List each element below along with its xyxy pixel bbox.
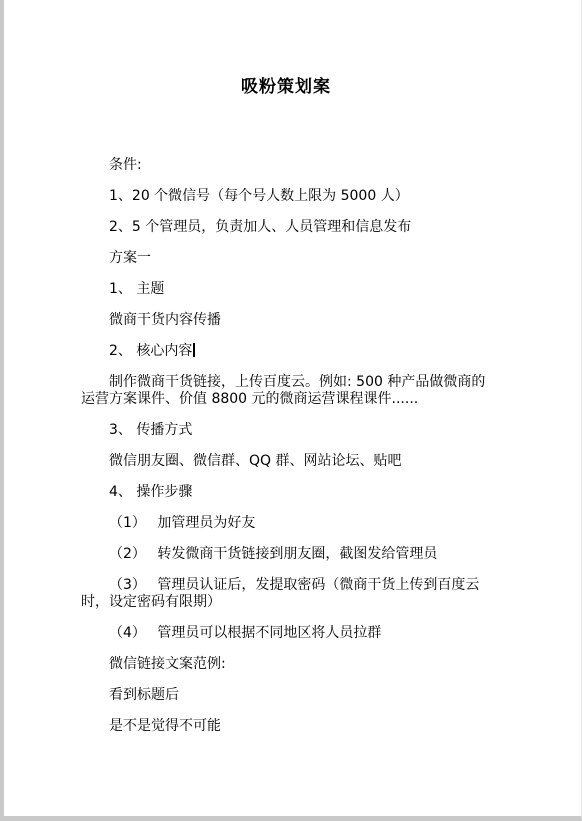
paragraph-core-content-body[interactable]: 制作微商干货链接，上传百度云。例如: 500 种产品做微商的运营方案课件、价值 … bbox=[81, 374, 491, 408]
paragraph-core-content-heading[interactable]: 2、 核心内容 bbox=[81, 343, 491, 360]
paragraph-conditions-heading[interactable]: 条件: bbox=[81, 157, 491, 174]
paragraph-plan-one-heading[interactable]: 方案一 bbox=[81, 250, 491, 267]
paragraph-topic-body[interactable]: 微商干货内容传播 bbox=[81, 312, 491, 329]
document-title: 吸粉策划案 bbox=[81, 74, 491, 100]
paragraph-copy-line-2[interactable]: 是不是觉得不可能 bbox=[81, 718, 491, 735]
paragraph-spread-method-heading[interactable]: 3、 传播方式 bbox=[81, 422, 491, 439]
paragraph-step-4[interactable]: （4） 管理员可以根据不同地区将人员拉群 bbox=[81, 625, 491, 642]
paragraph-copy-example-heading[interactable]: 微信链接文案范例: bbox=[81, 656, 491, 673]
paragraph-step-2[interactable]: （2） 转发微商干货链接到朋友圈，截图发给管理员 bbox=[81, 546, 491, 563]
paragraph-spread-method-body[interactable]: 微信朋友圈、微信群、QQ 群、网站论坛、贴吧 bbox=[81, 453, 491, 470]
paragraph-copy-line-1[interactable]: 看到标题后 bbox=[81, 687, 491, 704]
paragraph-step-3[interactable]: （3） 管理员认证后，发提取密码（微商干货上传到百度云时，设定密码有限期） bbox=[81, 577, 491, 611]
paragraph-core-content-text: 2、 核心内容 bbox=[109, 343, 192, 359]
document-content[interactable]: 吸粉策划案 条件: 1、20 个微信号（每个号人数上限为 5000 人） 2、5… bbox=[4, 0, 581, 816]
paragraph-steps-heading[interactable]: 4、 操作步骤 bbox=[81, 484, 491, 501]
text-cursor bbox=[193, 343, 195, 357]
paragraph-step-1[interactable]: （1） 加管理员为好友 bbox=[81, 515, 491, 532]
paragraph-topic-heading[interactable]: 1、 主题 bbox=[81, 281, 491, 298]
paragraph-condition-1[interactable]: 1、20 个微信号（每个号人数上限为 5000 人） bbox=[81, 188, 491, 205]
paragraph-condition-2[interactable]: 2、5 个管理员，负责加人、人员管理和信息发布 bbox=[81, 219, 491, 236]
document-page[interactable]: 吸粉策划案 条件: 1、20 个微信号（每个号人数上限为 5000 人） 2、5… bbox=[0, 0, 582, 821]
